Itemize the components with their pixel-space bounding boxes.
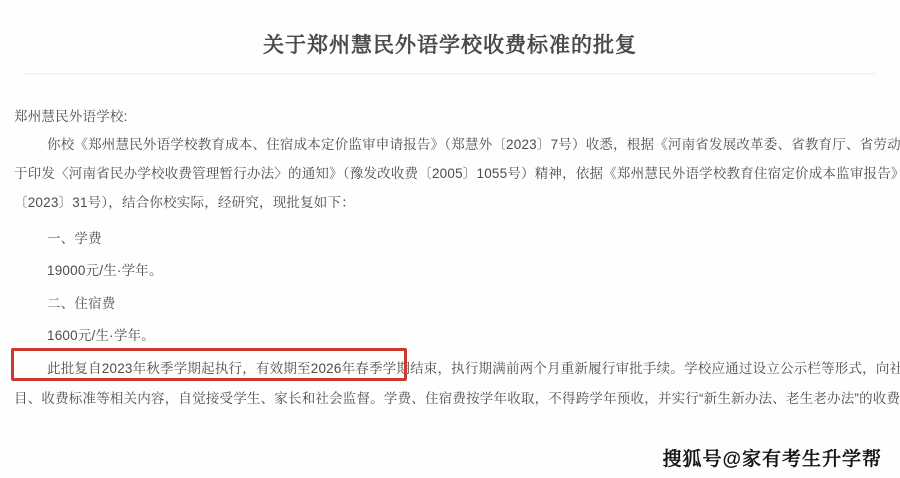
watermark-sohu-account: 搜狐号@家有考生升学帮 bbox=[662, 444, 882, 471]
intro-line-1: 你校《郑州慧民外语学校教育成本、住宿成本定价监审申请报告》（郑慧外〔2023〕7… bbox=[47, 136, 900, 153]
section-lodging-heading: 二、住宿费 bbox=[47, 295, 116, 312]
document-page: 关于郑州慧民外语学校收费标准的批复 郑州慧民外语学校: 你校《郑州慧民外语学校教… bbox=[0, 0, 900, 478]
intro-line-3: 〔2023〕31号），结合你校实际，经研究，现批复如下： bbox=[14, 194, 355, 211]
page-title: 关于郑州慧民外语学校收费标准的批复 bbox=[0, 29, 900, 59]
conclusion-line-1: 此批复自2023年秋季学期起执行，有效期至2026年春季学期结束，执行期满前两个… bbox=[47, 360, 900, 377]
section-tuition-value: 19000元/生·学年。 bbox=[47, 262, 163, 279]
section-tuition-heading: 一、学费 bbox=[47, 230, 102, 247]
intro-line-2: 于印发〈河南省民办学校收费管理暂行办法〉的通知》（豫发改收费〔2005〕1055… bbox=[14, 165, 900, 182]
conclusion-line-2: 目、收费标准等相关内容，自觉接受学生、家长和社会监督。学费、住宿费按学年收取，不… bbox=[14, 390, 900, 407]
title-divider bbox=[25, 73, 875, 74]
section-lodging-value: 1600元/生·学年。 bbox=[47, 327, 155, 344]
salutation: 郑州慧民外语学校: bbox=[14, 108, 128, 125]
